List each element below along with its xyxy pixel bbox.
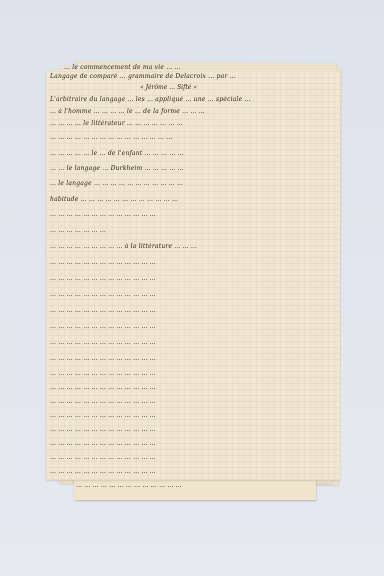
text-line: … … le langage … Durkheim … … … … … — [50, 165, 335, 172]
text-line: … … … … … … … … … … … … … — [50, 426, 335, 433]
text-line: … … … … … … … … … … … … … — [50, 339, 335, 346]
text-line: … … … … … … … … … … … … … — [50, 454, 335, 461]
text-line: … … … … … … … … … … … … … … … — [50, 134, 335, 141]
text-line: … … … … … le … de l'enfant … … … … … — [50, 150, 335, 157]
text-line: … … … … le littérateur … … … … … … … — [50, 120, 335, 127]
text-line: … … … … … … … … … … … … … — [50, 275, 335, 282]
text-line: … … … … … … … … … … … … … — [76, 482, 336, 489]
text-line: … … … … … … … … … … … … … — [50, 211, 335, 218]
text-line: … … … … … … … … … à la littérature … … … — [50, 243, 335, 250]
text-line: … … … … … … … … … … … … … — [50, 468, 335, 475]
text-line: … … … … … … … … … … … … … — [50, 323, 335, 330]
text-line: … à l'homme … … … … le … de la forme … …… — [50, 108, 335, 115]
text-line: … … … … … … … — [50, 227, 170, 234]
text-line: L'arbitraire du langage … les … appliqué… — [50, 96, 335, 103]
text-line: … … … … … … … … … … … … … — [50, 355, 335, 362]
text-line: … … … … … … … … … … … … … — [50, 412, 335, 419]
text-line: … … … … … … … … … … … … … — [50, 398, 335, 405]
manuscript-title: « Jérôme … Sifté » — [140, 84, 197, 91]
text-line: … … … … … … … … … … … … … — [50, 440, 335, 447]
text-line: … le commencement de ma vie … … — [64, 64, 264, 71]
text-line: … … … … … … … … … … … … … — [50, 291, 335, 298]
text-line: Langage de comparé … grammaire de Delacr… — [50, 73, 335, 80]
text-line: … … … … … … … … … … … … … — [50, 307, 335, 314]
text-line: … … … … … … … … … … … … … — [50, 259, 335, 266]
text-line: … le langage … … … … … … … … … … … — [50, 180, 335, 187]
text-line: … … … … … … … … … … … … … — [50, 384, 335, 391]
text-line: … … … … … … … … … … … … … — [50, 370, 335, 377]
text-line: habitude … … … … … … … … … … … … — [50, 196, 335, 203]
